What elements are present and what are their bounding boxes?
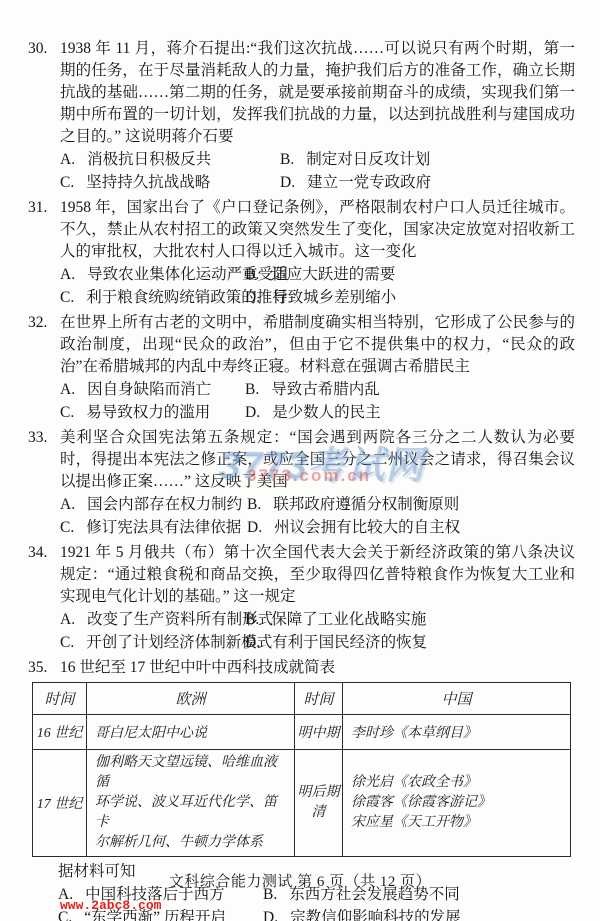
- question-number: 31.: [28, 197, 60, 309]
- option-text: 宗教信仰影响科技的发展: [290, 907, 461, 921]
- question-title: 16 世纪至 17 世纪中叶中西科技成就简表: [60, 657, 335, 679]
- option: A.因自身缺陷而消亡: [60, 379, 245, 402]
- option-key: D.: [247, 517, 262, 540]
- option: A.消极抗日积极反共: [60, 149, 280, 172]
- option-key: C.: [60, 287, 74, 310]
- option: B.制定对日反攻计划: [280, 149, 575, 172]
- table-cell: 徐光启《农政全书》 徐霞客《徐霞客游记》 宋应星《天工开物》: [343, 750, 571, 857]
- question-31: 31. 1958 年，国家出台了《户口登记条例》，严格限制农村户口人员迁往城市。…: [28, 197, 575, 309]
- option-text: 保障了工业化战略实施: [271, 609, 426, 632]
- question-text: 1938 年 11 月，蒋介石提出:“我们这次抗战……可以说只有两个时期，第一期…: [60, 38, 575, 148]
- table-header-cell: 中国: [343, 683, 571, 715]
- option: B.保障了工业化战略实施: [245, 609, 575, 632]
- question-number: 32.: [28, 312, 60, 424]
- question-number: 33.: [28, 427, 60, 539]
- option: A.国会内部存在权力制约: [60, 494, 247, 517]
- option-key: A.: [60, 609, 75, 632]
- question-text: 1958 年，国家出台了《户口登记条例》，严格限制农村户口人员迁往城市。不久，禁…: [60, 197, 575, 263]
- option-key: B.: [245, 379, 259, 402]
- option-key: B.: [245, 609, 259, 632]
- table-cell: 李时珍《本草纲目》: [343, 715, 571, 750]
- table-header-cell: 欧洲: [87, 683, 295, 715]
- table-header-row: 时间 欧洲 时间 中国: [33, 683, 571, 715]
- table-cell: 明中期: [295, 715, 343, 750]
- options-grid: A.因自身缺陷而消亡 B.导致古希腊内乱 C.易导致权力的滥用 D.是少数人的民…: [60, 379, 575, 424]
- option: D.宗教信仰影响科技的发展: [263, 907, 575, 921]
- watermark-site-url: 3773.com.cn: [247, 466, 371, 486]
- table-cell: 明后期 清: [295, 750, 343, 857]
- option-key: D.: [245, 287, 260, 310]
- option-key: C.: [60, 402, 74, 425]
- option-key: A.: [60, 379, 75, 402]
- option-key: B.: [280, 149, 294, 172]
- option-key: C.: [60, 632, 74, 655]
- table-cell: 哥白尼太阳中心说: [87, 715, 295, 750]
- question-30: 30. 1938 年 11 月，蒋介石提出:“我们这次抗战……可以说只有两个时期…: [28, 38, 575, 194]
- question-number: 35.: [28, 657, 60, 679]
- option-text: 是少数人的民主: [272, 402, 381, 425]
- option-text: 坚持持久抗战战略: [86, 172, 210, 195]
- option: C.开创了计划经济体制新模式: [60, 632, 245, 655]
- option-text: 修订宪法具有法律依据: [86, 517, 241, 540]
- question-body: 1958 年，国家出台了《户口登记条例》，严格限制农村户口人员迁往城市。不久，禁…: [60, 197, 575, 309]
- site-url-link: www.2abc8.com: [60, 898, 161, 913]
- question-text: 在世界上所有古老的文明中，希腊制度确实相当特别，它形成了公民参与的政治制度，出现…: [60, 312, 575, 378]
- table-cell: 伽利略天文望远镜、哈维血液循 环学说、波义耳近代化学、笛卡 尔解析几何、牛顿力学…: [87, 750, 295, 857]
- option: A.导致农业集体化运动严重受阻: [60, 264, 245, 287]
- options-grid: A.消极抗日积极反共 B.制定对日反攻计划 C.坚持持久抗战战略 D.建立一党专…: [60, 149, 575, 194]
- table-row: 16 世纪 哥白尼太阳中心说 明中期 李时珍《本草纲目》: [33, 715, 571, 750]
- option-text: 导致城乡差别缩小: [272, 287, 396, 310]
- option-key: D.: [263, 907, 278, 921]
- option: D.有利于国民经济的恢复: [245, 632, 575, 655]
- option-text: 易导致权力的滥用: [86, 402, 210, 425]
- table-row: 17 世纪 伽利略天文望远镜、哈维血液循 环学说、波义耳近代化学、笛卡 尔解析几…: [33, 750, 571, 857]
- question-34: 34. 1921 年 5 月俄共（布）第十次全国代表大会关于新经济政策的第八条决…: [28, 542, 575, 654]
- option-text: 州议会拥有比较大的自主权: [274, 517, 460, 540]
- question-body: 在世界上所有古老的文明中，希腊制度确实相当特别，它形成了公民参与的政治制度，出现…: [60, 312, 575, 424]
- option-text: 消极抗日积极反共: [87, 149, 211, 172]
- option-key: A.: [60, 264, 75, 287]
- option-key: A.: [60, 149, 75, 172]
- option-key: B.: [247, 494, 261, 517]
- question-head: 35. 16 世纪至 17 世纪中叶中西科技成就简表: [28, 657, 575, 679]
- option-key: C.: [60, 172, 74, 195]
- option: A.改变了生产资料所有制形式: [60, 609, 245, 632]
- option-text: 有利于国民经济的恢复: [272, 632, 427, 655]
- option: D.导致城乡差别缩小: [245, 287, 575, 310]
- option-text: 制定对日反攻计划: [306, 149, 430, 172]
- option-key: D.: [280, 172, 295, 195]
- option-key: A.: [60, 494, 75, 517]
- option-text: 建立一党专政政府: [307, 172, 431, 195]
- option-key: D.: [245, 402, 260, 425]
- option: C.利于粮食统购统销政策的推行: [60, 287, 245, 310]
- question-32: 32. 在世界上所有古老的文明中，希腊制度确实相当特别，它形成了公民参与的政治制…: [28, 312, 575, 424]
- option: D.是少数人的民主: [245, 402, 575, 425]
- table-cell: 16 世纪: [33, 715, 87, 750]
- option: C.修订宪法具有法律依据: [60, 517, 247, 540]
- options-grid: A.国会内部存在权力制约 B.联邦政府遵循分权制衡原则 C.修订宪法具有法律依据…: [60, 494, 575, 539]
- option-text: 国会内部存在权力制约: [87, 494, 242, 517]
- option-key: C.: [60, 517, 74, 540]
- question-number: 34.: [28, 542, 60, 654]
- table-cell: 17 世纪: [33, 750, 87, 857]
- option: B.联邦政府遵循分权制衡原则: [247, 494, 575, 517]
- question-body: 1921 年 5 月俄共（布）第十次全国代表大会关于新经济政策的第八条决议规定：…: [60, 542, 575, 654]
- option-key: B.: [245, 264, 259, 287]
- options-grid: A.改变了生产资料所有制形式 B.保障了工业化战略实施 C.开创了计划经济体制新…: [60, 609, 575, 654]
- option: D.州议会拥有比较大的自主权: [247, 517, 575, 540]
- option-text: 适应大跃进的需要: [271, 264, 395, 287]
- options-grid: A.导致农业集体化运动严重受阻 B.适应大跃进的需要 C.利于粮食统购统销政策的…: [60, 264, 575, 309]
- option-key: D.: [245, 632, 260, 655]
- option-text: 导致古希腊内乱: [271, 379, 380, 402]
- table-header-cell: 时间: [33, 683, 87, 715]
- option: C.易导致权力的滥用: [60, 402, 245, 425]
- science-achievements-table: 时间 欧洲 时间 中国 16 世纪 哥白尼太阳中心说 明中期 李时珍《本草纲目》…: [32, 682, 571, 857]
- table-header-cell: 时间: [295, 683, 343, 715]
- exam-page: 3773考试网 3773.com.cn 30. 1938 年 11 月，蒋介石提…: [0, 0, 600, 921]
- option: C.坚持持久抗战战略: [60, 172, 280, 195]
- question-body: 1938 年 11 月，蒋介石提出:“我们这次抗战……可以说只有两个时期，第一期…: [60, 38, 575, 194]
- option-text: 因自身缺陷而消亡: [87, 379, 211, 402]
- page-footer: 文科综合能力测试 第 6 页（共 12 页）: [0, 870, 600, 891]
- question-number: 30.: [28, 38, 60, 194]
- option-text: 联邦政府遵循分权制衡原则: [273, 494, 459, 517]
- option: D.建立一党专政政府: [280, 172, 575, 195]
- question-text: 1921 年 5 月俄共（布）第十次全国代表大会关于新经济政策的第八条决议规定：…: [60, 542, 575, 608]
- option: B.适应大跃进的需要: [245, 264, 575, 287]
- option: B.导致古希腊内乱: [245, 379, 575, 402]
